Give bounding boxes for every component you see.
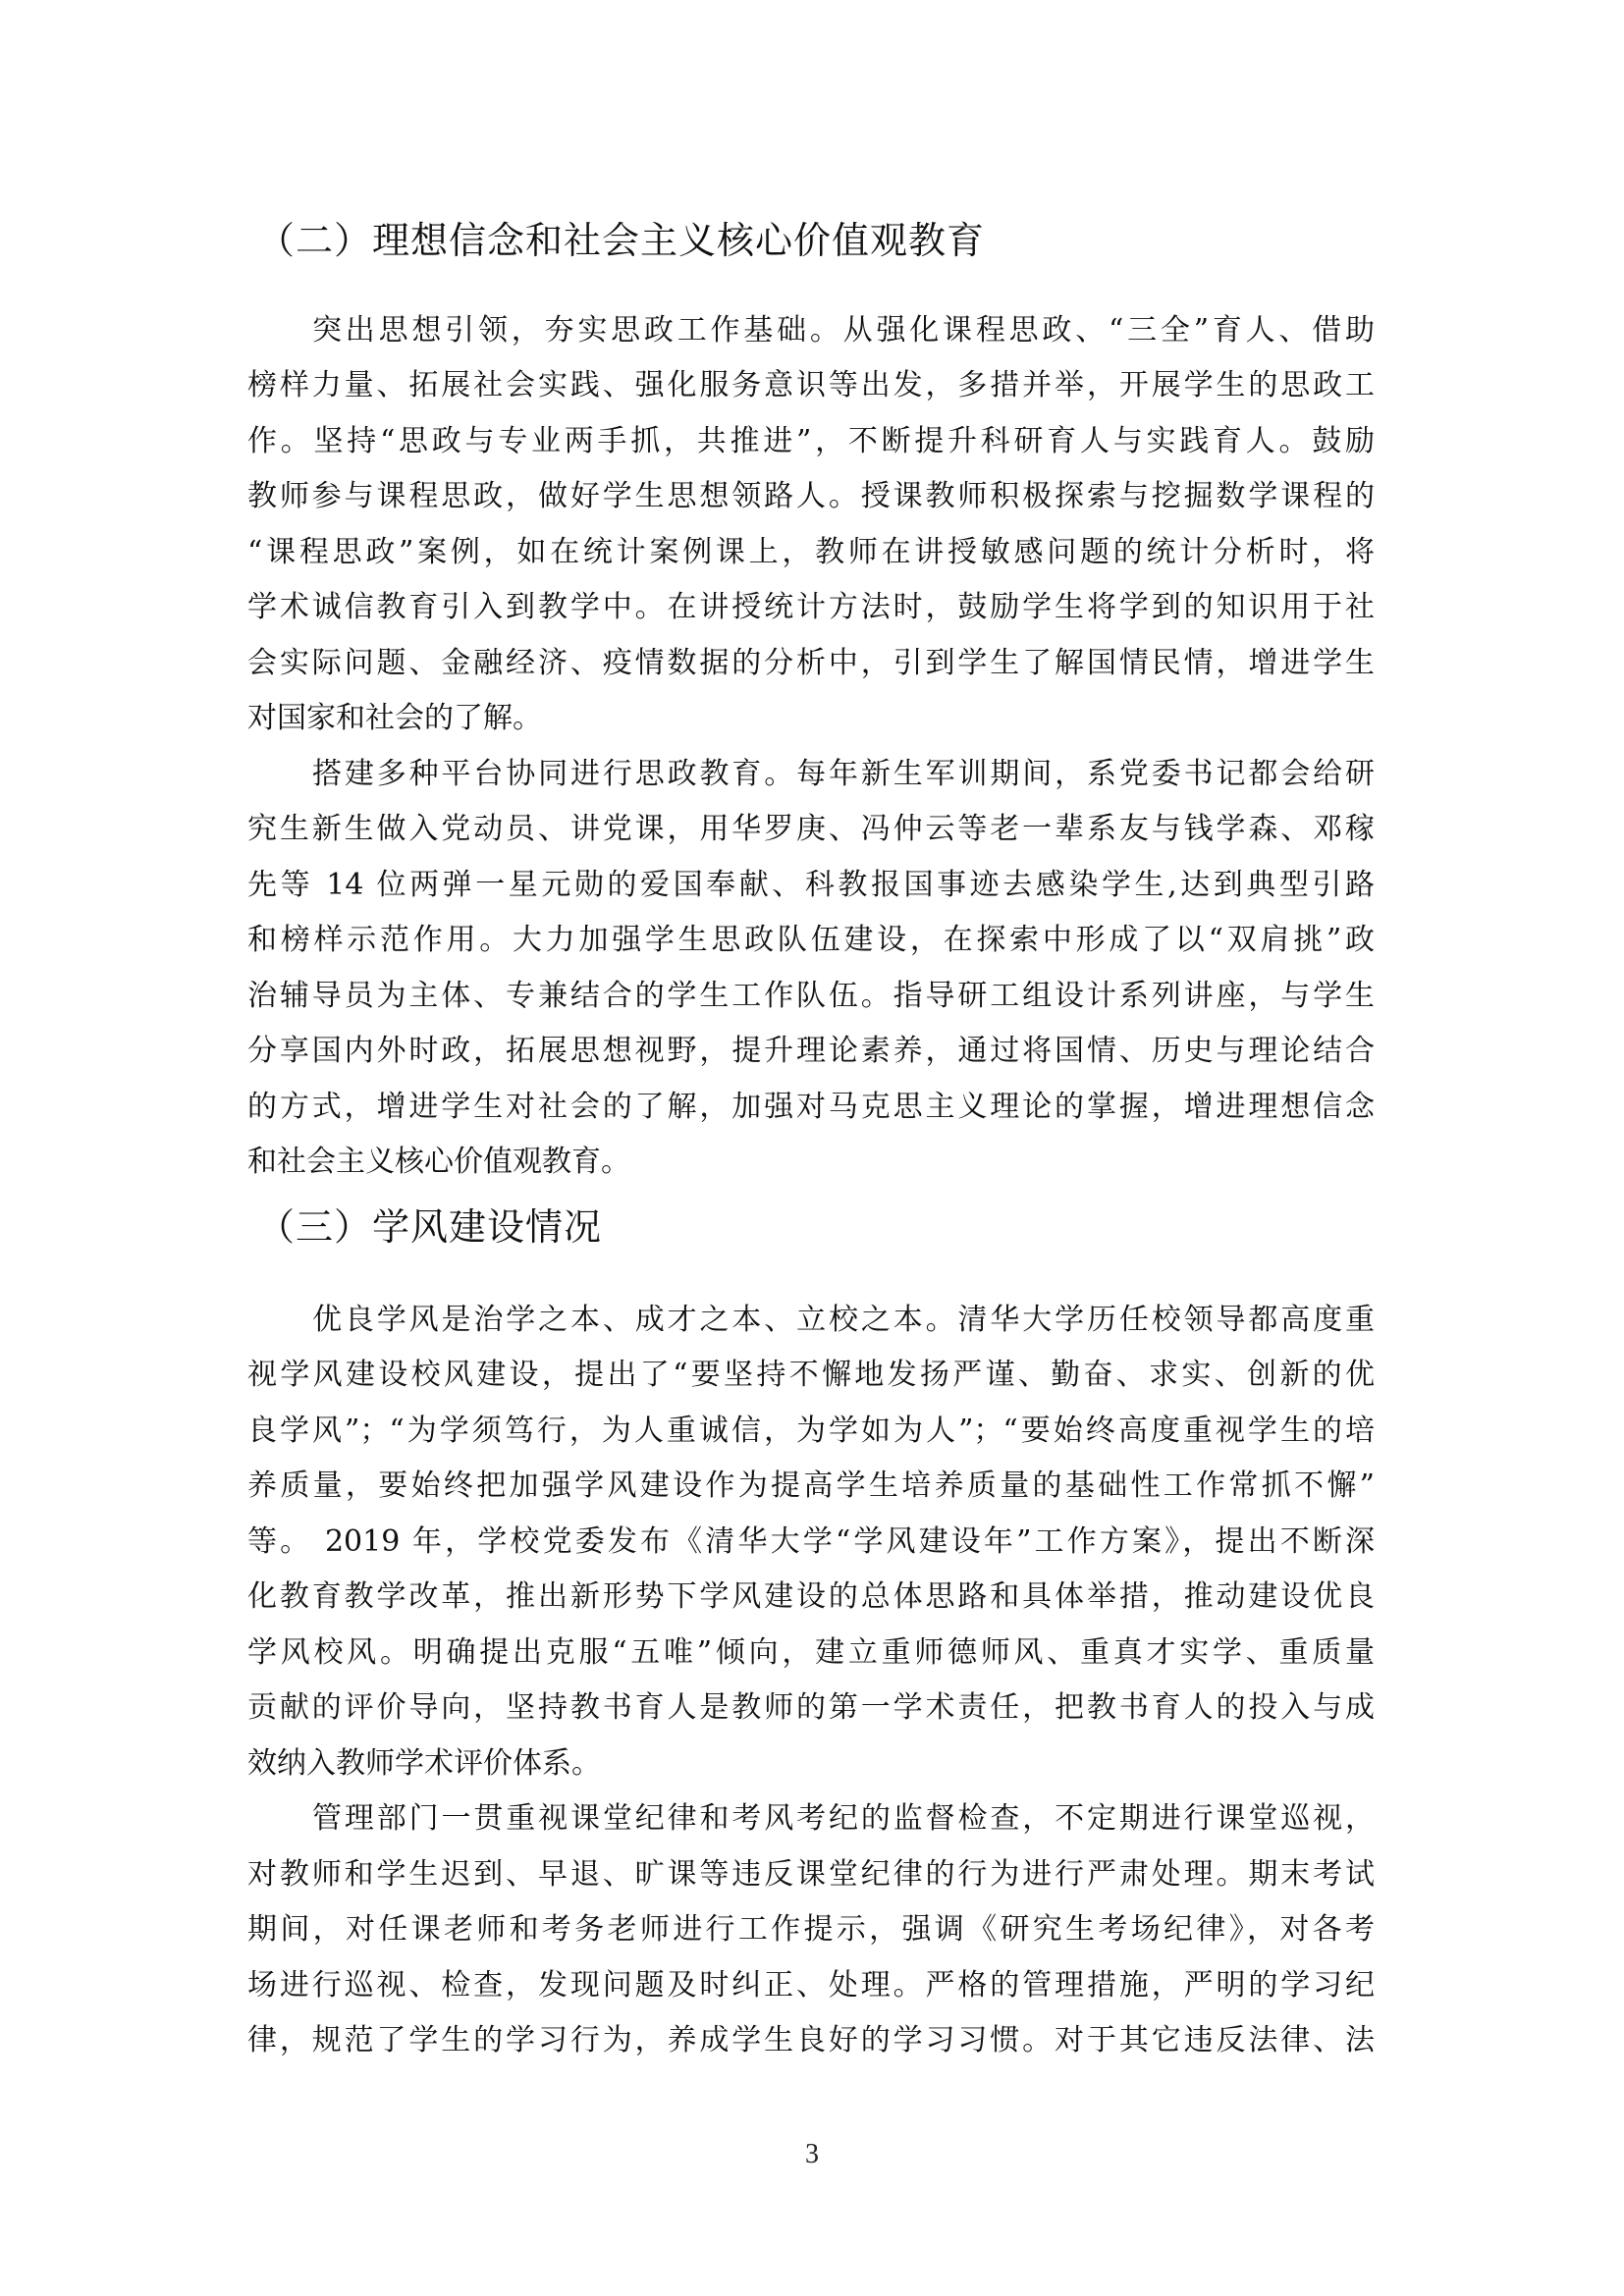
page-number: 3 — [0, 2138, 1624, 2171]
text-line: 视学风建设校风建设，提出了“要坚持不懈地发扬严谨、勤奋、求实、创新的优 — [247, 1356, 1375, 1395]
text-line: 养质量，要始终把加强学风建设作为提高学生培养质量的基础性工作常抓不懈” — [247, 1467, 1375, 1506]
text-line: 良学风”；“为学须笃行，为人重诚信，为学如为人”；“要始终高度重视学生的培 — [247, 1412, 1375, 1451]
text-line: 先等 14 位两弹一星元勋的爱国奉献、科教报国事迹去感染学生,达到典型引路 — [247, 866, 1375, 905]
text-line: 等。 2019 年，学校党委发布《清华大学“学风建设年”工作方案》，提出不断深 — [247, 1522, 1375, 1562]
text-line: 和社会主义核心价值观教育。 — [247, 1143, 1375, 1182]
text-line: 搭建多种平台协同进行思政教育。每年新生军训期间，系党委书记都会给研 — [312, 755, 1375, 794]
text-line: 会实际问题、金融经济、疫情数据的分析中，引到学生了解国情民情，增进学生 — [247, 644, 1375, 683]
text-line: 对国家和社会的了解。 — [247, 699, 1375, 738]
text-line: “课程思政”案例，如在统计案例课上，教师在讲授敏感问题的统计分析时，将 — [247, 533, 1375, 572]
text-line: 和榜样示范作用。大力加强学生思政队伍建设，在探索中形成了以“双肩挑”政 — [247, 921, 1375, 960]
text-line: 学风校风。明确提出克服“五唯”倾向，建立重师德师风、重真才实学、重质量 — [247, 1633, 1375, 1673]
section-heading-3: （三）学风建设情况 — [257, 1204, 602, 1250]
text-line: 学术诚信教育引入到教学中。在讲授统计方法时，鼓励学生将学到的知识用于社 — [247, 588, 1375, 627]
text-line: 治辅导员为主体、专兼结合的学生工作队伍。指导研工组设计系列讲座，与学生 — [247, 977, 1375, 1016]
text-line: 对教师和学生迟到、早退、旷课等违反课堂纪律的行为进行严肃处理。期末考试 — [247, 1855, 1375, 1895]
text-line: 榜样力量、拓展社会实践、强化服务意识等出发，多措并举，开展学生的思政工 — [247, 366, 1375, 405]
text-line: 教师参与课程思政，做好学生思想领路人。授课教师积极探索与挖掘数学课程的 — [247, 477, 1375, 516]
text-line: 的方式，增进学生对社会的了解，加强对马克思主义理论的掌握，增进理想信念 — [247, 1088, 1375, 1127]
text-line: 场进行巡视、检查，发现问题及时纠正、处理。严格的管理措施，严明的学习纪 — [247, 1966, 1375, 2005]
text-line: 突出思想引领，夯实思政工作基础。从强化课程思政、“三全”育人、借助 — [312, 311, 1375, 350]
text-line: 分享国内外时政，拓展思想视野，提升理论素养，通过将国情、历史与理论结合 — [247, 1032, 1375, 1071]
text-line: 管理部门一贯重视课堂纪律和考风考纪的监督检查，不定期进行课堂巡视， — [312, 1799, 1375, 1839]
text-line: 化教育教学改革，推出新形势下学风建设的总体思路和具体举措，推动建设优良 — [247, 1577, 1375, 1617]
text-line: 究生新生做入党动员、讲党课，用华罗庚、冯仲云等老一辈系友与钱学森、邓稼 — [247, 810, 1375, 849]
document-page: （二）理想信念和社会主义核心价值观教育 突出思想引领，夯实思政工作基础。从强化课… — [0, 0, 1624, 2296]
text-line: 期间，对任课老师和考务老师进行工作提示，强调《研究生考场纪律》，对各考 — [247, 1910, 1375, 1949]
section-heading-2: （二）理想信念和社会主义核心价值观教育 — [257, 218, 985, 263]
text-line: 效纳入教师学术评价体系。 — [247, 1744, 1375, 1784]
text-line: 作。坚持“思政与专业两手抓，共推进”，不断提升科研育人与实践育人。鼓励 — [247, 422, 1375, 461]
text-line: 优良学风是治学之本、成才之本、立校之本。清华大学历任校领导都高度重 — [312, 1301, 1375, 1340]
text-line: 律，规范了学生的学习行为，养成学生良好的学习习惯。对于其它违反法律、法 — [247, 2021, 1375, 2060]
text-line: 贡献的评价导向，坚持教书育人是教师的第一学术责任，把教书育人的投入与成 — [247, 1688, 1375, 1728]
